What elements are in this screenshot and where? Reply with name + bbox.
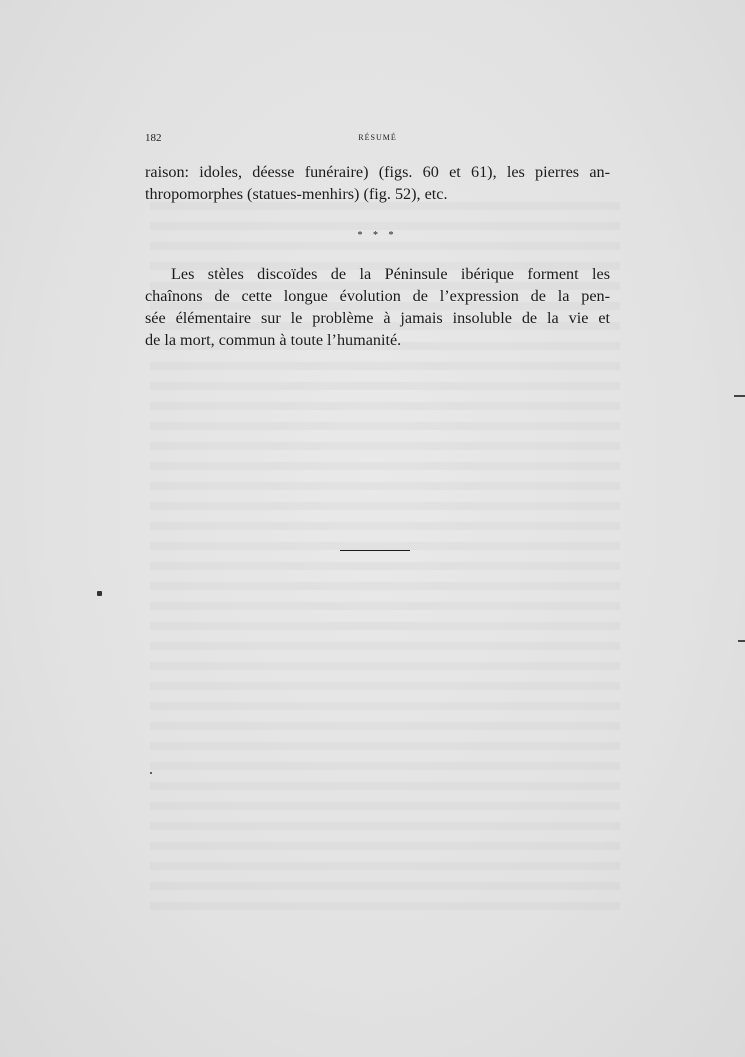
ink-speck: [97, 591, 102, 596]
text-line: raison: idoles, déesse funéraire) (figs.…: [145, 161, 610, 183]
ink-speck: [150, 772, 152, 774]
running-head: 182 RÉSUMÉ: [145, 132, 610, 148]
end-rule: [340, 550, 410, 551]
text-line: thropomorphes (statues-menhirs) (fig. 52…: [145, 183, 610, 205]
scanned-page: 182 RÉSUMÉ raison: idoles, déesse funéra…: [0, 0, 745, 1057]
text-line: chaînons de cette longue évolution de l’…: [145, 285, 610, 307]
text-line: sée élémentaire sur le problème à jamais…: [145, 307, 610, 329]
page-edge-mark: [734, 395, 745, 397]
text-line: de la mort, commun à toute l’humanité.: [145, 329, 610, 351]
page-edge-mark: [738, 640, 745, 642]
paragraph-continued: raison: idoles, déesse funéraire) (figs.…: [145, 161, 610, 205]
running-head-title: RÉSUMÉ: [145, 133, 610, 142]
paragraph-final: Les stèles discoïdes de la Péninsule ibé…: [145, 263, 610, 351]
text-line: Les stèles discoïdes de la Péninsule ibé…: [145, 263, 610, 285]
section-separator: * * *: [145, 230, 610, 241]
